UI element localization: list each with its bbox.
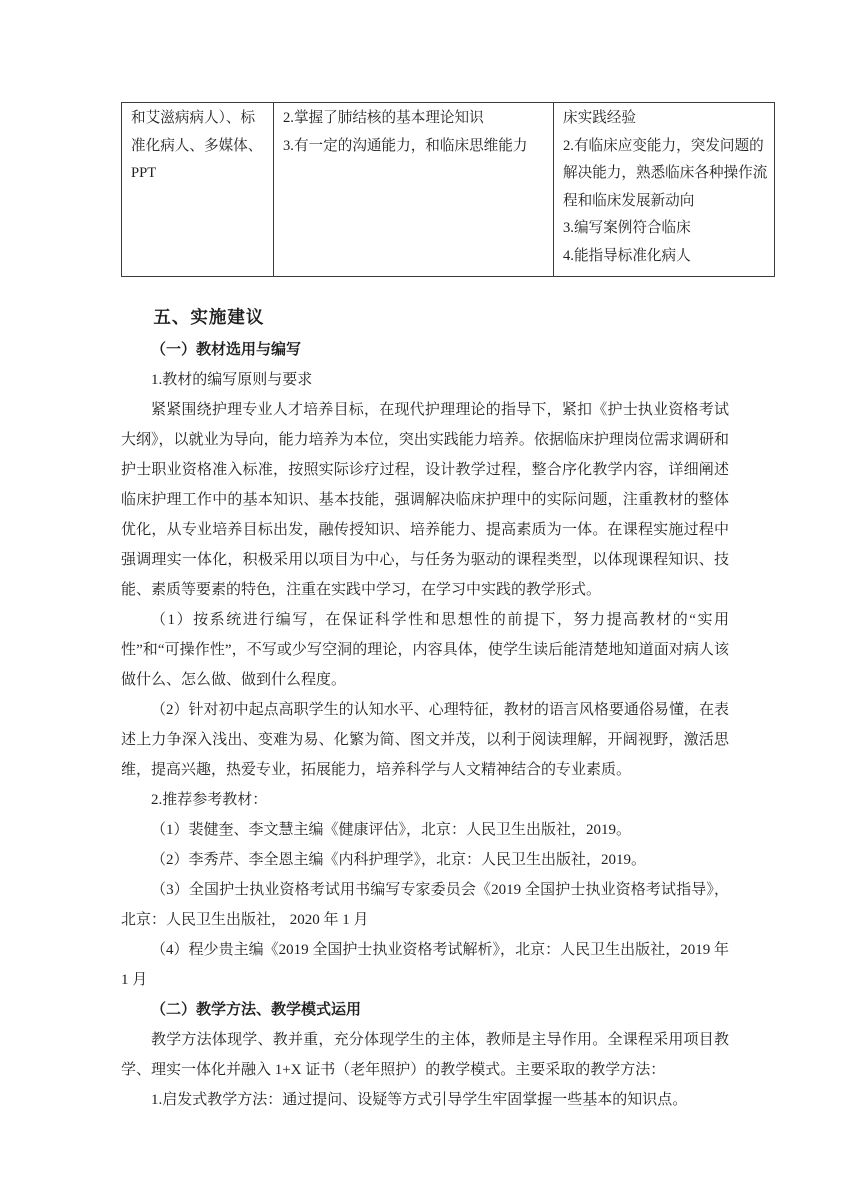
document-text: 五、实施建议 （一）教材选用与编写 1.教材的编写原则与要求 紧紧围绕护理专业人…: [121, 299, 729, 1115]
paragraph-heuristic-method: 1.启发式教学方法：通过提问、设疑等方式引导学生牢固掌握一些基本的知识点。: [121, 1085, 729, 1115]
table-cell-line: 2.掌握了肺结核的基本理论知识: [283, 105, 548, 133]
table-cell-line: 2.有临床应变能力，突发问题的解决能力，熟悉临床各种操作流程和临床发展新动向: [563, 133, 769, 216]
paragraph-reference-3: （3）全国护士执业资格考试用书编写专家委员会《2019 全国护士执业资格考试指导…: [121, 875, 729, 935]
table-cell-line: 3.有一定的沟通能力，和临床思维能力: [283, 133, 548, 161]
paragraph-recommended-textbooks-title: 2.推荐参考教材：: [121, 785, 729, 815]
table-cell-line: 和艾滋病病人）、标准化病人、多媒体、PPT: [131, 105, 268, 188]
paragraph-reference-1: （1）裴健奎、李文慧主编《健康评估》，北京：人民卫生出版社，2019。: [121, 815, 729, 845]
table-cell-line: 4.能指导标准化病人: [563, 243, 769, 271]
paragraph-reference-4: （4）程少贵主编《2019 全国护士执业资格考试解析》，北京：人民卫生出版社，2…: [121, 935, 729, 995]
subsection-heading-teaching-methods: （二）教学方法、教学模式运用: [121, 995, 729, 1025]
paragraph-textbook-principles-title: 1.教材的编写原则与要求: [121, 365, 729, 395]
section-heading-implementation-suggestions: 五、实施建议: [121, 299, 729, 335]
paragraph-teaching-methods-body: 教学方法体现学、教并重，充分体现学生的主体，教师是主导作用。全课程采用项目教学、…: [121, 1025, 729, 1085]
paragraph-textbook-principles-body: 紧紧围绕护理专业人才培养目标，在现代护理理论的指导下，紧扣《护士执业资格考试大纲…: [121, 395, 729, 605]
paragraph-principle-2: （2）针对初中起点高职学生的认知水平、心理特征，教材的语言风格要通俗易懂，在表述…: [121, 695, 729, 785]
paragraph-principle-1: （1）按系统进行编写，在保证科学性和思想性的前提下，努力提高教材的“实用性”和“…: [121, 605, 729, 695]
document-content: 和艾滋病病人）、标准化病人、多媒体、PPT 2.掌握了肺结核的基本理论知识 3.…: [121, 102, 729, 1115]
paragraph-reference-2: （2）李秀芹、李全恩主编《内科护理学》，北京：人民卫生出版社，2019。: [121, 845, 729, 875]
table-row: 和艾滋病病人）、标准化病人、多媒体、PPT 2.掌握了肺结核的基本理论知识 3.…: [122, 103, 775, 277]
document-page: 和艾滋病病人）、标准化病人、多媒体、PPT 2.掌握了肺结核的基本理论知识 3.…: [0, 0, 850, 1202]
subsection-heading-textbook-selection: （一）教材选用与编写: [121, 335, 729, 365]
table-cell-line: 3.编写案例符合临床: [563, 215, 769, 243]
table-cell-clinical-requirements: 床实践经验 2.有临床应变能力，突发问题的解决能力，熟悉临床各种操作流程和临床发…: [554, 103, 775, 277]
table-cell-teaching-resources: 和艾滋病病人）、标准化病人、多媒体、PPT: [122, 103, 274, 277]
table-cell-knowledge-requirements: 2.掌握了肺结核的基本理论知识 3.有一定的沟通能力，和临床思维能力: [274, 103, 554, 277]
table-cell-line: 床实践经验: [563, 105, 769, 133]
requirements-table: 和艾滋病病人）、标准化病人、多媒体、PPT 2.掌握了肺结核的基本理论知识 3.…: [121, 102, 775, 277]
